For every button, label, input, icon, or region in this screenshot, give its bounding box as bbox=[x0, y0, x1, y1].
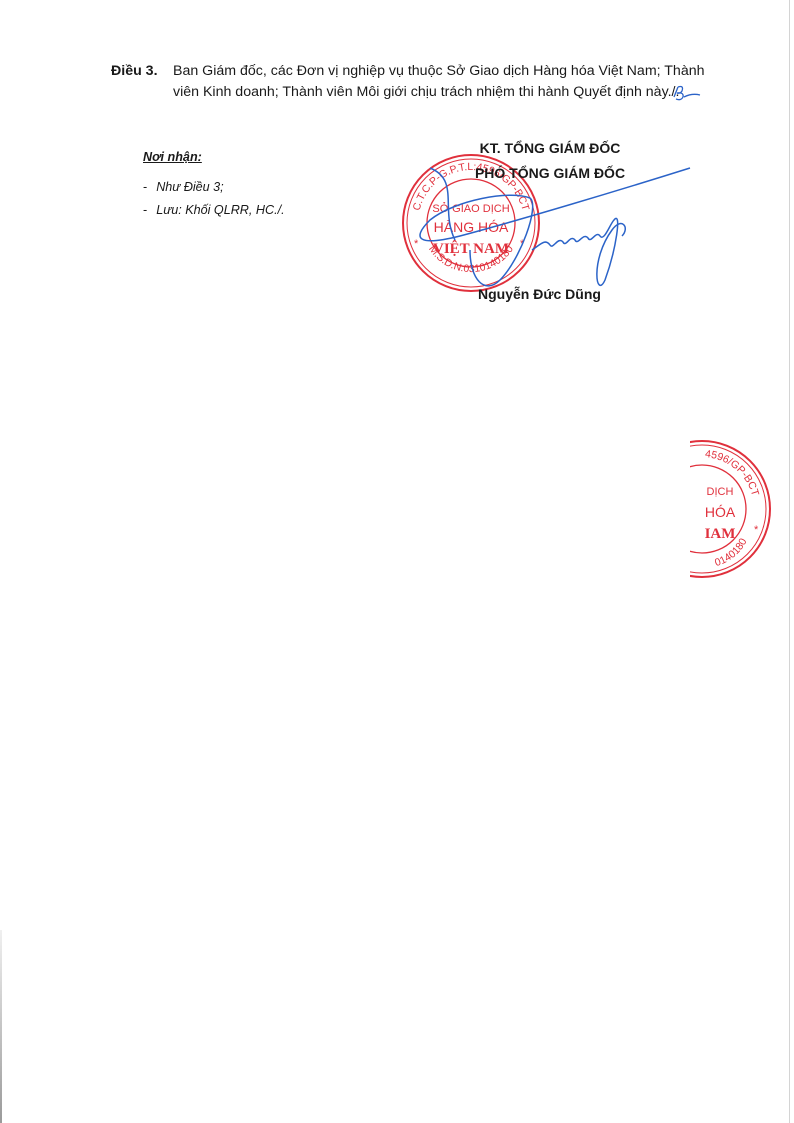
recipients-block: Nơi nhận: Như Điều 3; Lưu: Khối QLRR, HC… bbox=[143, 150, 285, 222]
svg-text:DỊCH: DỊCH bbox=[707, 486, 734, 498]
page-edge-left bbox=[0, 930, 2, 1123]
article-label: Điều 3. bbox=[111, 61, 158, 82]
svg-text:HÓA: HÓA bbox=[705, 504, 736, 520]
recipients-title: Nơi nhận: bbox=[143, 150, 285, 164]
svg-text:*: * bbox=[754, 524, 759, 536]
handwritten-signature bbox=[400, 150, 700, 300]
signer-name: Nguyễn Đức Dũng bbox=[478, 286, 601, 302]
initial-mark bbox=[670, 83, 710, 105]
recipients-list: Như Điều 3; Lưu: Khối QLRR, HC./. bbox=[143, 176, 285, 222]
edge-seal: 4596/GP-BCT 0140180 DỊCH HÓA IAM * bbox=[690, 437, 790, 582]
recipient-item: Như Điều 3; bbox=[143, 176, 285, 199]
article-text: Ban Giám đốc, các Đơn vị nghiệp vụ thuộc… bbox=[173, 61, 731, 103]
recipient-item: Lưu: Khối QLRR, HC./. bbox=[143, 199, 285, 222]
svg-text:IAM: IAM bbox=[705, 526, 736, 542]
article-3: Điều 3. Ban Giám đốc, các Đơn vị nghiệp … bbox=[111, 61, 731, 103]
